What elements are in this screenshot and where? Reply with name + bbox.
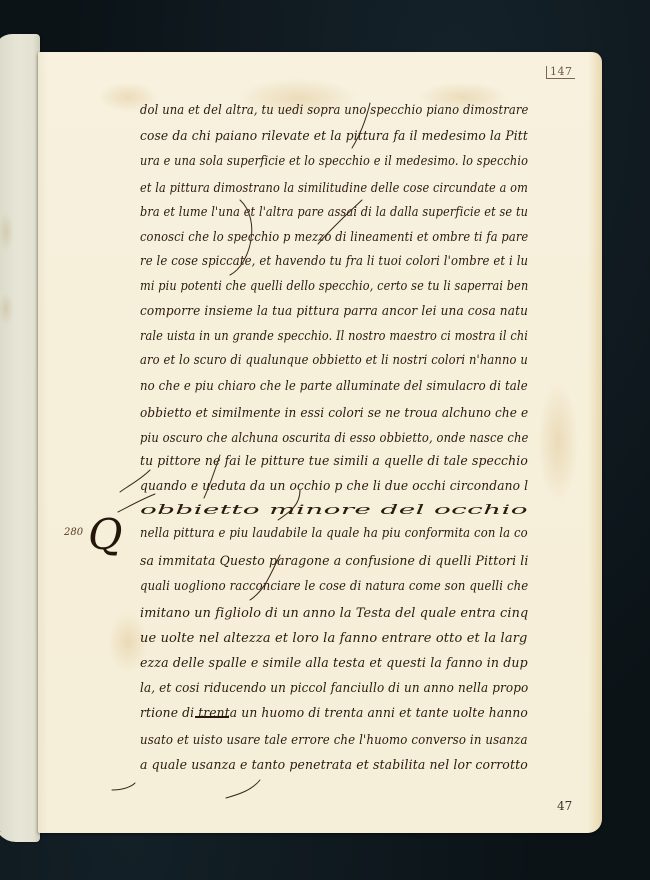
text-line: rtione di trenta un huomo di trenta anni… (140, 706, 528, 721)
text-line: sa immitata Questo paragone a confusione… (140, 554, 529, 569)
text-line: quali uogliono racconciare le cose di na… (140, 579, 528, 594)
text-line: nella pittura e piu laudabile la quale h… (140, 526, 528, 541)
text-line: quando e ueduta da un occhio p che li du… (140, 479, 528, 494)
page-number: 47 (557, 799, 572, 813)
text-line: mi piu potenti che quelli dello specchio… (140, 279, 528, 294)
text-line: piu oscuro che alchuna oscurita di esso … (140, 431, 528, 446)
text-line: cose da chi paiano rilevate et la pittur… (140, 129, 528, 144)
text-line: la, et cosi riducendo un piccol fanciull… (140, 681, 528, 696)
folio-number: 147 (546, 66, 575, 79)
text-line: imitano un figliolo di un anno la Testa … (140, 606, 528, 621)
text-line: obbietto et similmente in essi colori se… (140, 406, 528, 421)
text-line: obbietto minore del occhio (140, 503, 528, 518)
text-line: ura e una sola superficie et lo specchio… (140, 154, 528, 169)
text-line: dol una et del altra, tu uedi sopra uno … (140, 103, 528, 118)
margin-note-number: 280 (64, 527, 83, 538)
text-line: a quale usanza e tanto penetrata et stab… (140, 758, 528, 773)
text-line: re le cose spiccate, et havendo tu fra l… (140, 254, 528, 269)
strikethrough-mark (195, 716, 229, 718)
text-line: aro et lo scuro di qualunque obbietto et… (140, 353, 528, 368)
text-line: comporre insieme la tua pittura parra an… (140, 304, 528, 319)
facing-page-edge: t (0, 34, 40, 842)
text-line: tu pittore ne fai le pitture tue simili … (140, 454, 528, 469)
margin-paragraph-mark: Q (88, 514, 122, 556)
facing-page-stain (0, 212, 14, 252)
text-line: usato et uisto usare tale errore che l'h… (140, 733, 528, 748)
text-line: ue uolte nel altezza et loro la fanno en… (140, 631, 527, 646)
text-line: rale uista in un grande specchio. Il nos… (140, 329, 528, 344)
page-stain (538, 382, 578, 502)
facing-page-stain (0, 292, 14, 326)
text-line: et la pittura dimostrano la similitudine… (140, 181, 528, 196)
text-line: no che e piu chiaro che le parte allumin… (140, 379, 528, 394)
text-line: bra et lume l'una et l'altra pare assai … (140, 205, 528, 220)
text-line: conosci che lo specchio p mezzo di linea… (140, 230, 528, 245)
text-line: ezza delle spalle e simile alla testa et… (140, 656, 528, 671)
